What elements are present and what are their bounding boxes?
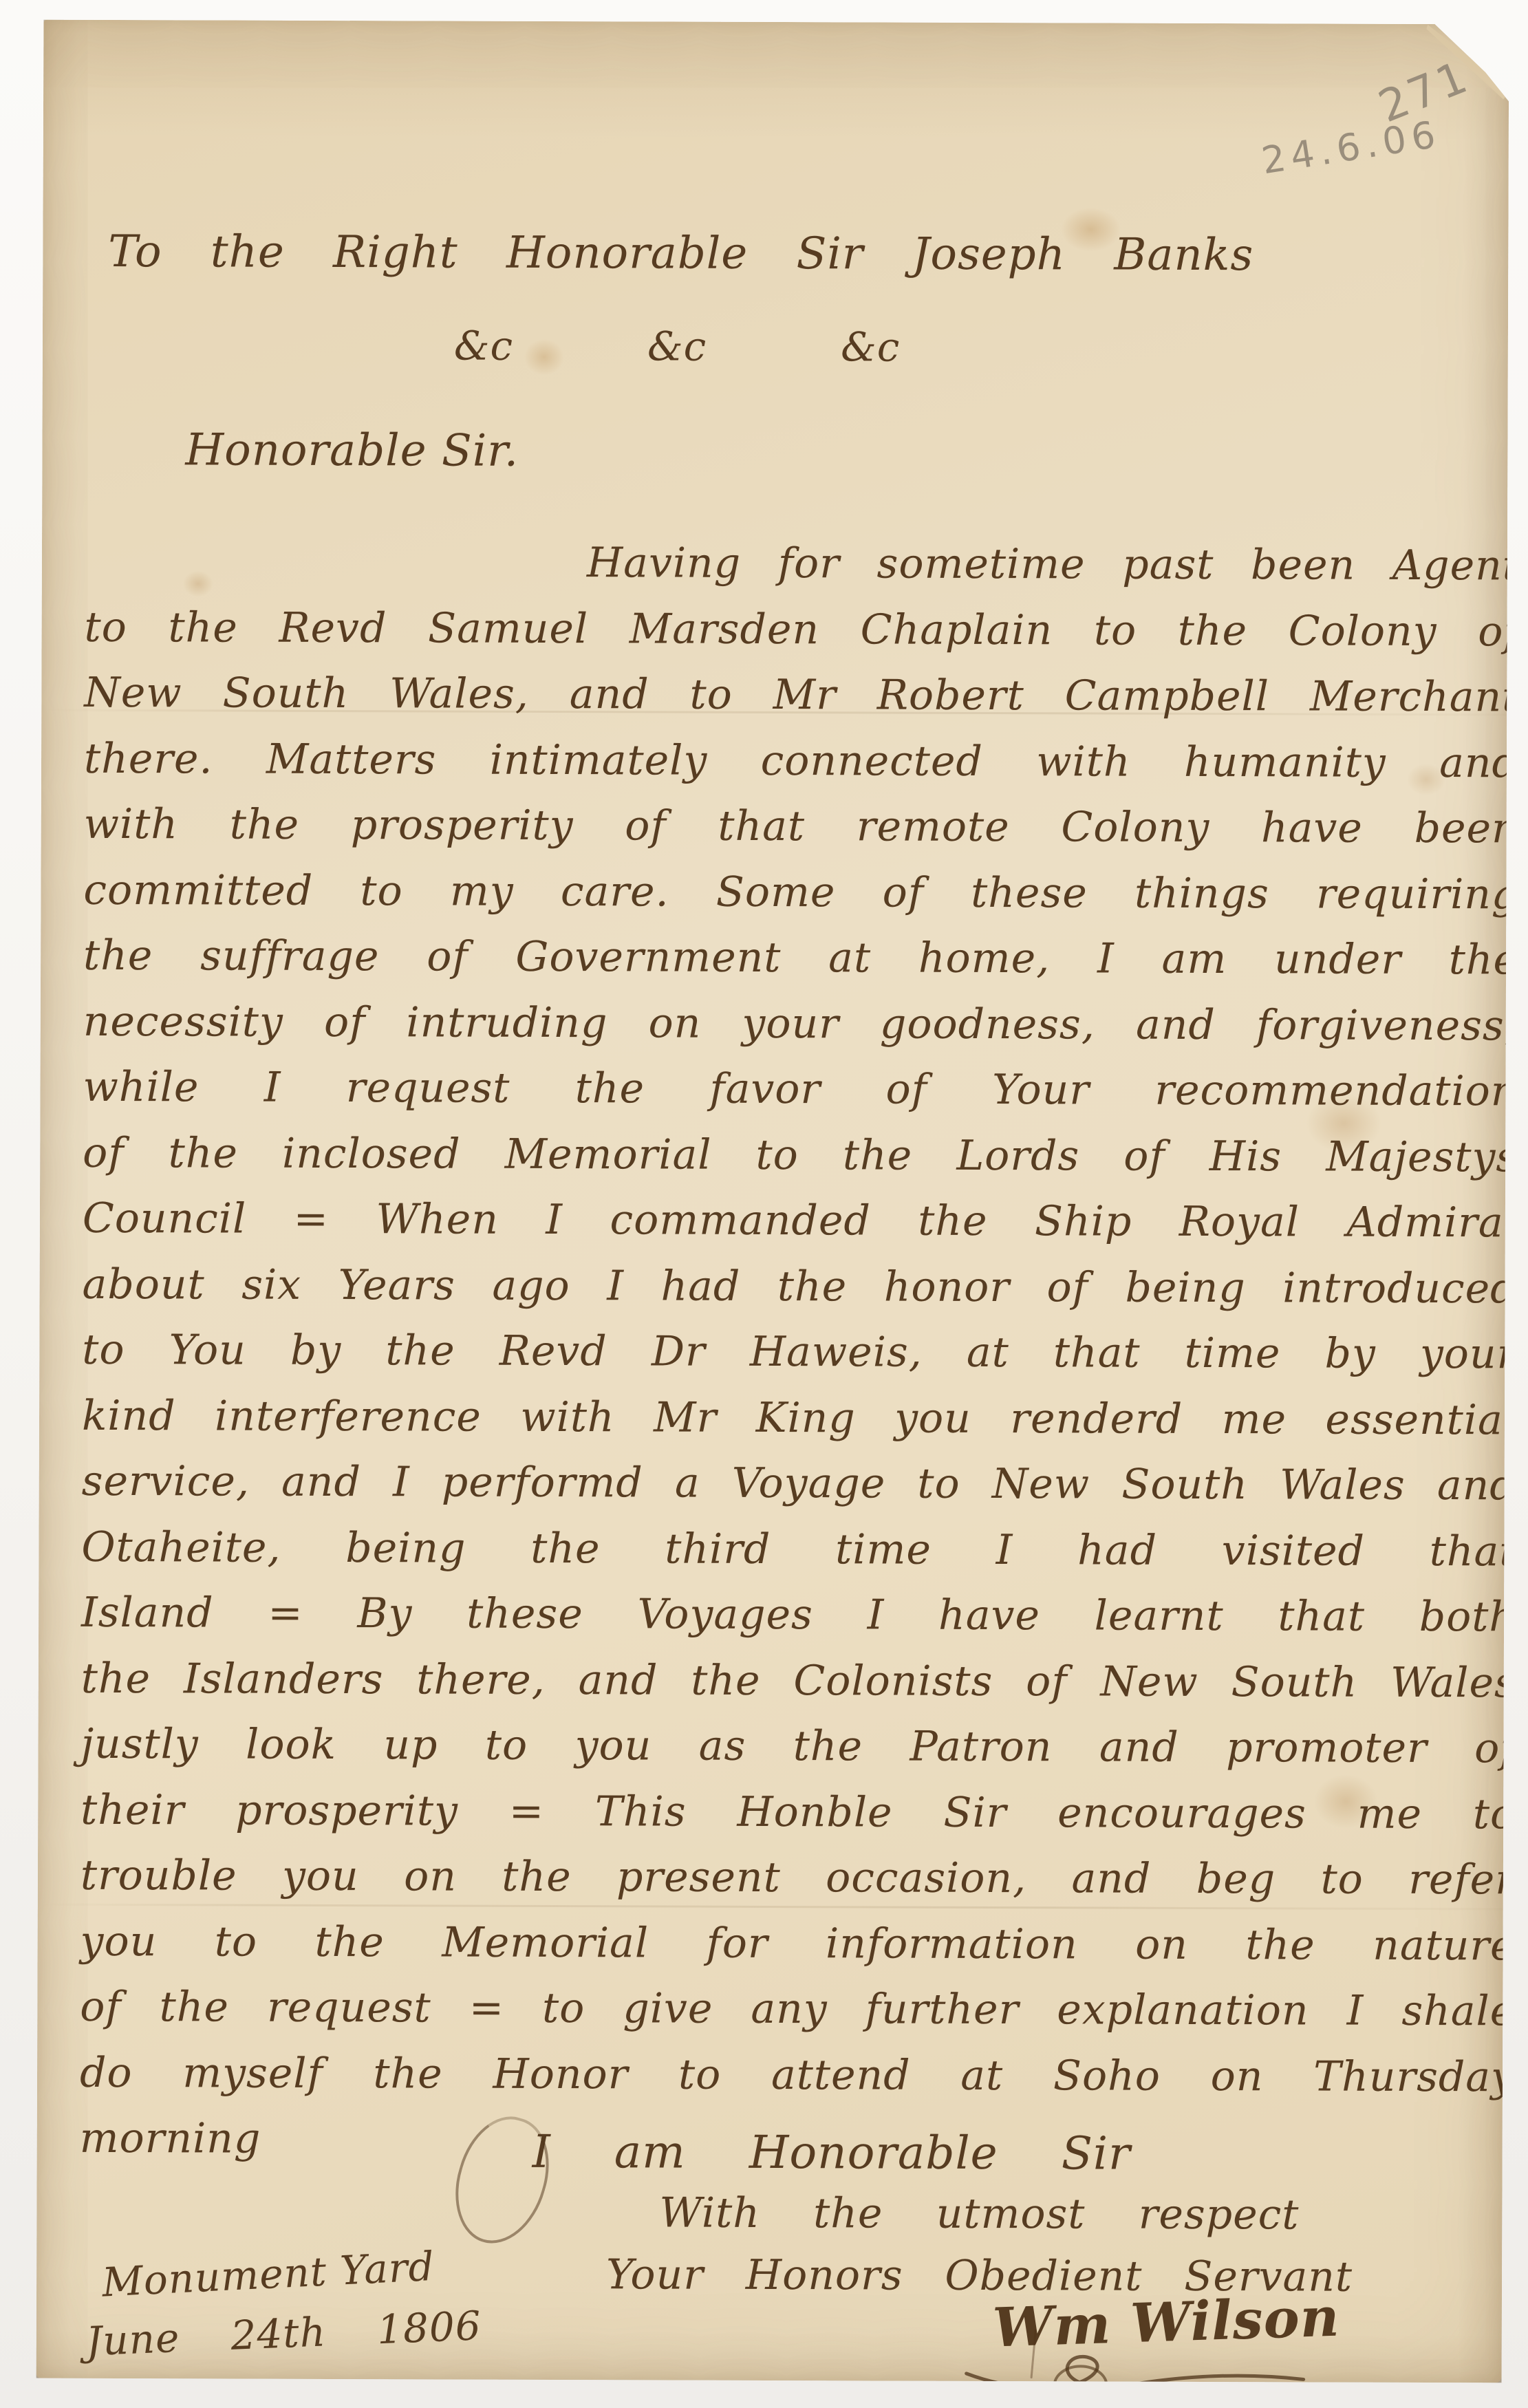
letter-line: about six Years ago I had the honor of b… — [82, 1251, 1517, 1322]
letter-line: justly look up to you as the Patron and … — [80, 1712, 1516, 1782]
letter-line: you to the Memorial for information on t… — [80, 1909, 1515, 1979]
signature-flourish — [945, 2343, 1331, 2408]
letter-line: Island = By these Voyages I have learnt … — [81, 1580, 1516, 1651]
letter-line: New South Wales, and to Mr Robert Campbe… — [84, 660, 1519, 731]
letter-line: of the inclosed Memorial to the Lords of… — [83, 1120, 1518, 1190]
letter-line: their prosperity = This Honble Sir encou… — [80, 1777, 1516, 1847]
letter-line: there. Matters intimately connected with… — [84, 726, 1519, 796]
letter-line: committed to my care. Some of these thin… — [83, 857, 1518, 927]
etcetera-mark: &c — [841, 323, 900, 370]
letter-line: Council = When I commanded the Ship Roya… — [83, 1186, 1518, 1256]
letter-line: with the prosperity of that remote Colon… — [84, 792, 1519, 862]
letter-line: service, and I performd a Voyage to New … — [82, 1449, 1517, 1519]
address-line: To the Right Honorable Sir Joseph Banks — [108, 226, 1253, 281]
letter-body: Having for sometime past been Agentto th… — [80, 529, 1520, 2176]
etcetera-mark: &c — [647, 323, 707, 369]
place-line: Monument Yard — [101, 2243, 435, 2306]
letter-line: Having for sometime past been Agent — [85, 529, 1520, 599]
letter-line: while I request the favor of Your recomm… — [83, 1055, 1518, 1125]
etcetera-mark: &c — [454, 323, 513, 369]
salutation: Honorable Sir. — [185, 424, 519, 477]
letter-line: the suffrage of Government at home, I am… — [83, 923, 1518, 993]
date-line: June 24th 1806 — [85, 2302, 482, 2365]
letter-line: to the Revd Samuel Marsden Chaplain to t… — [84, 594, 1519, 665]
letter-page: 271 24.6.06 To the Right Honorable Sir J… — [36, 20, 1509, 2383]
letter-line: Otaheite, being the third time I had vis… — [81, 1514, 1516, 1584]
letter-line: trouble you on the present occasion, and… — [80, 1843, 1516, 1913]
etcetera-row: &c &c &c — [454, 323, 901, 371]
letter-line: necessity of intruding on your goodness,… — [83, 989, 1518, 1059]
closing-line: With the utmost respect — [659, 2189, 1299, 2239]
letter-line: kind interference with Mr King you rende… — [82, 1383, 1517, 1453]
closing-line: I am Honorable Sir — [532, 2125, 1131, 2180]
pencil-date-annotation: 24.6.06 — [1259, 112, 1444, 182]
letter-line: of the request = to give any further exp… — [80, 1975, 1515, 2045]
letter-line: to You by the Revd Dr Haweis, at that ti… — [82, 1318, 1517, 1388]
letter-line: the Islanders there, and the Colonists o… — [81, 1646, 1516, 1716]
photo-backdrop: 271 24.6.06 To the Right Honorable Sir J… — [0, 0, 1528, 2408]
letter-line: do myself the Honor to attend at Soho on… — [80, 2040, 1515, 2110]
